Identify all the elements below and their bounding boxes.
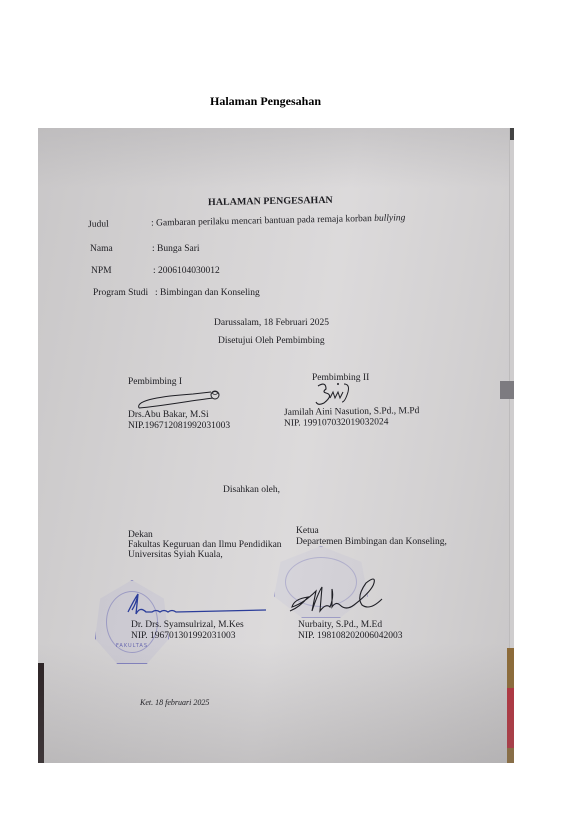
field-label: Nama bbox=[90, 244, 113, 254]
field-value: : Bunga Sari bbox=[152, 244, 200, 254]
supervisor2-signature bbox=[314, 380, 364, 408]
approved-by-label: Disetujui Oleh Pembimbing bbox=[218, 336, 325, 347]
document-title: HALAMAN PENGESAHAN bbox=[208, 195, 333, 208]
page-heading: Halaman Pengesahan bbox=[0, 94, 531, 109]
head-role: Ketua bbox=[296, 526, 319, 537]
supervisor1-signature bbox=[133, 386, 223, 412]
head-name: Nurbaity, S.Pd., M.Ed bbox=[298, 620, 382, 631]
dean-university: Universitas Syiah Kuala, bbox=[128, 550, 223, 561]
field-label: Judul bbox=[88, 220, 109, 230]
supervisor1-nip: NIP.196712081992031003 bbox=[128, 421, 230, 432]
dean-nip: NIP. 196701301992031003 bbox=[131, 631, 236, 642]
head-department: Departemen Bimbingan dan Konseling, bbox=[296, 537, 447, 548]
dean-signature bbox=[126, 590, 261, 620]
field-value: : Bimbingan dan Konseling bbox=[155, 288, 260, 298]
approval-document: HALAMAN PENGESAHAN Judul : Gambaran peri… bbox=[38, 128, 514, 763]
supervisor1-name: Drs.Abu Bakar, M.Si bbox=[128, 410, 209, 421]
field-value: : 2006104030012 bbox=[153, 266, 220, 276]
field-value: : Gambaran perilaku mencari bantuan pada… bbox=[151, 213, 405, 228]
head-signature bbox=[286, 573, 396, 618]
document-photo: HALAMAN PENGESAHAN Judul : Gambaran peri… bbox=[38, 128, 514, 763]
field-label: Program Studi bbox=[93, 288, 148, 298]
place-date: Darussalam, 18 Februari 2025 bbox=[214, 318, 329, 329]
head-nip: NIP. 198108202006042003 bbox=[298, 631, 403, 642]
dean-name: Dr. Drs. Syamsulrizal, M.Kes bbox=[131, 620, 244, 631]
note: Ket. 18 februari 2025 bbox=[140, 697, 209, 708]
supervisor2-nip: NIP. 199107032019032024 bbox=[284, 417, 389, 429]
field-label: NPM bbox=[91, 266, 112, 276]
ratified-by-label: Disahkan oleh, bbox=[223, 485, 280, 496]
